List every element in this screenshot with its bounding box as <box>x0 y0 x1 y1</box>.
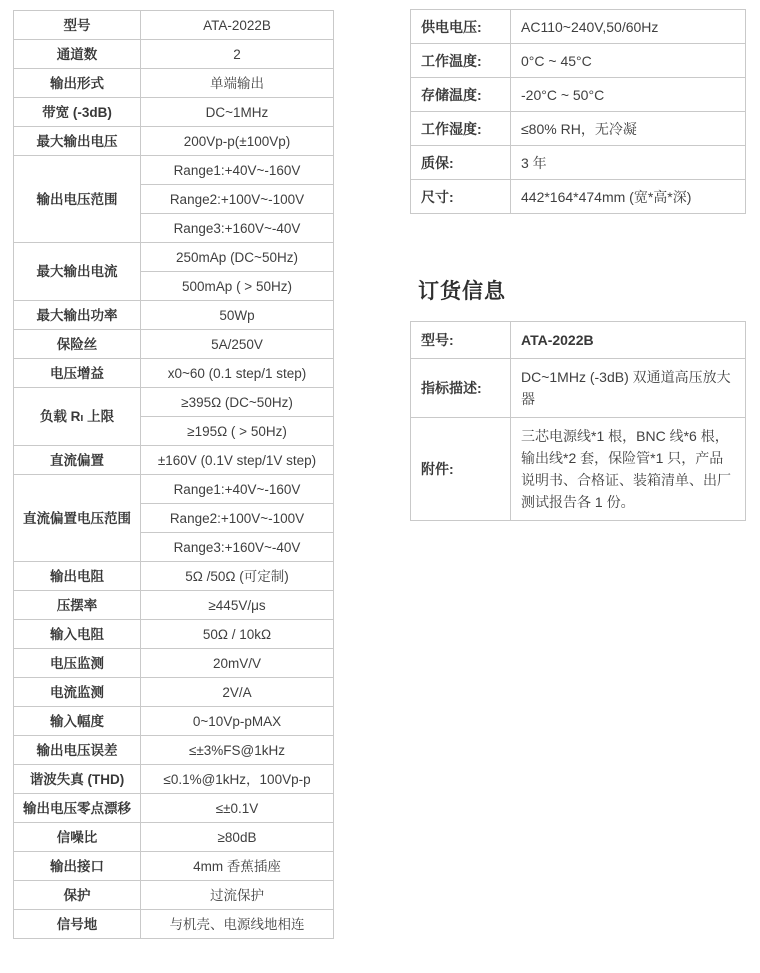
spec-label: 型号 <box>14 11 141 40</box>
spec-label: 负载 Rₗ 上限 <box>14 388 141 446</box>
order-row: 附件:三芯电源线*1 根，BNC 线*6 根，输出线*2 套，保险管*1 只，产… <box>411 418 746 521</box>
env-label: 存储温度: <box>411 78 511 112</box>
env-label: 质保: <box>411 146 511 180</box>
spec-row: 谐波失真 (THD)≤0.1%@1kHz，100Vp-p <box>14 765 334 794</box>
environment-table: 供电电压:AC110~240V,50/60Hz工作温度:0°C ~ 45°C存储… <box>410 9 746 214</box>
spec-value: 50Wp <box>141 301 334 330</box>
spec-label: 信号地 <box>14 910 141 939</box>
spec-label: 输出接口 <box>14 852 141 881</box>
spec-label: 输入电阻 <box>14 620 141 649</box>
spec-value: 0~10Vp-pMAX <box>141 707 334 736</box>
spec-label: 输入幅度 <box>14 707 141 736</box>
spec-row: 型号ATA-2022B <box>14 11 334 40</box>
spec-value: Range1:+40V~-160V <box>141 156 334 185</box>
spec-value: 4mm 香蕉插座 <box>141 852 334 881</box>
specifications-table: 型号ATA-2022B通道数2输出形式单端输出带宽 (-3dB)DC~1MHz最… <box>13 10 334 939</box>
order-row: 型号:ATA-2022B <box>411 322 746 359</box>
spec-value: ≥445V/μs <box>141 591 334 620</box>
spec-label: 保险丝 <box>14 330 141 359</box>
env-value: AC110~240V,50/60Hz <box>511 10 746 44</box>
order-label: 型号: <box>411 322 511 359</box>
spec-label: 直流偏置 <box>14 446 141 475</box>
spec-value: ATA-2022B <box>141 11 334 40</box>
env-label: 工作温度: <box>411 44 511 78</box>
spec-value: Range2:+100V~-100V <box>141 185 334 214</box>
env-row: 工作温度:0°C ~ 45°C <box>411 44 746 78</box>
env-row: 质保:3 年 <box>411 146 746 180</box>
spec-value: ±160V (0.1V step/1V step) <box>141 446 334 475</box>
spec-label: 最大输出电流 <box>14 243 141 301</box>
spec-label: 直流偏置电压范围 <box>14 475 141 562</box>
spec-value: Range1:+40V~-160V <box>141 475 334 504</box>
spec-value: 20mV/V <box>141 649 334 678</box>
spec-value: ≤±3%FS@1kHz <box>141 736 334 765</box>
env-label: 供电电压: <box>411 10 511 44</box>
spec-value: 50Ω / 10kΩ <box>141 620 334 649</box>
spec-row: 输出电压范围Range1:+40V~-160V <box>14 156 334 185</box>
spec-label: 电压监测 <box>14 649 141 678</box>
spec-row: 电压增益x0~60 (0.1 step/1 step) <box>14 359 334 388</box>
spec-value: 与机壳、电源线地相连 <box>141 910 334 939</box>
spec-row: 输出形式单端输出 <box>14 69 334 98</box>
spec-value: Range2:+100V~-100V <box>141 504 334 533</box>
spec-row: 输入幅度0~10Vp-pMAX <box>14 707 334 736</box>
order-label: 附件: <box>411 418 511 521</box>
spec-value: 5Ω /50Ω (可定制) <box>141 562 334 591</box>
spec-label: 谐波失真 (THD) <box>14 765 141 794</box>
spec-row: 输入电阻50Ω / 10kΩ <box>14 620 334 649</box>
spec-row: 输出接口4mm 香蕉插座 <box>14 852 334 881</box>
spec-label: 压摆率 <box>14 591 141 620</box>
spec-label: 带宽 (-3dB) <box>14 98 141 127</box>
env-row: 尺寸:442*164*474mm (宽*高*深) <box>411 180 746 214</box>
spec-row: 保险丝5A/250V <box>14 330 334 359</box>
spec-label: 信噪比 <box>14 823 141 852</box>
order-value: 三芯电源线*1 根，BNC 线*6 根，输出线*2 套，保险管*1 只，产品说明… <box>511 418 746 521</box>
env-value: -20°C ~ 50°C <box>511 78 746 112</box>
spec-value: 200Vp-p(±100Vp) <box>141 127 334 156</box>
spec-page: 型号ATA-2022B通道数2输出形式单端输出带宽 (-3dB)DC~1MHz最… <box>0 0 760 973</box>
spec-value: 单端输出 <box>141 69 334 98</box>
spec-row: 最大输出功率50Wp <box>14 301 334 330</box>
spec-value: Range3:+160V~-40V <box>141 214 334 243</box>
env-row: 存储温度:-20°C ~ 50°C <box>411 78 746 112</box>
spec-label: 输出电压零点漂移 <box>14 794 141 823</box>
spec-value: DC~1MHz <box>141 98 334 127</box>
spec-value: x0~60 (0.1 step/1 step) <box>141 359 334 388</box>
env-label: 尺寸: <box>411 180 511 214</box>
spec-row: 信号地与机壳、电源线地相连 <box>14 910 334 939</box>
spec-row: 电流监测2V/A <box>14 678 334 707</box>
right-column: 供电电压:AC110~240V,50/60Hz工作温度:0°C ~ 45°C存储… <box>410 9 745 521</box>
order-row: 指标描述:DC~1MHz (-3dB) 双通道高压放大器 <box>411 359 746 418</box>
spec-value: Range3:+160V~-40V <box>141 533 334 562</box>
order-info-table: 型号:ATA-2022B指标描述:DC~1MHz (-3dB) 双通道高压放大器… <box>410 321 746 521</box>
env-value: 3 年 <box>511 146 746 180</box>
spec-row: 输出电阻5Ω /50Ω (可定制) <box>14 562 334 591</box>
spec-label: 最大输出电压 <box>14 127 141 156</box>
spec-label: 通道数 <box>14 40 141 69</box>
env-row: 供电电压:AC110~240V,50/60Hz <box>411 10 746 44</box>
spec-value: ≥195Ω ( > 50Hz) <box>141 417 334 446</box>
spec-row: 带宽 (-3dB)DC~1MHz <box>14 98 334 127</box>
spec-row: 输出电压零点漂移≤±0.1V <box>14 794 334 823</box>
env-row: 工作湿度:≤80% RH，无冷凝 <box>411 112 746 146</box>
spec-value: 5A/250V <box>141 330 334 359</box>
env-value: 442*164*474mm (宽*高*深) <box>511 180 746 214</box>
spec-row: 最大输出电流250mAp (DC~50Hz) <box>14 243 334 272</box>
spec-row: 直流偏置电压范围Range1:+40V~-160V <box>14 475 334 504</box>
spec-label: 输出电压误差 <box>14 736 141 765</box>
spec-value: ≥80dB <box>141 823 334 852</box>
spec-value: 过流保护 <box>141 881 334 910</box>
spec-value: 2V/A <box>141 678 334 707</box>
env-value: ≤80% RH，无冷凝 <box>511 112 746 146</box>
spec-value: ≥395Ω (DC~50Hz) <box>141 388 334 417</box>
spec-row: 通道数2 <box>14 40 334 69</box>
spec-label: 输出形式 <box>14 69 141 98</box>
spec-row: 最大输出电压200Vp-p(±100Vp) <box>14 127 334 156</box>
spec-row: 负载 Rₗ 上限≥395Ω (DC~50Hz) <box>14 388 334 417</box>
order-info-heading: 订货信息 <box>418 275 745 305</box>
spec-value: 2 <box>141 40 334 69</box>
spec-row: 压摆率≥445V/μs <box>14 591 334 620</box>
spec-label: 保护 <box>14 881 141 910</box>
spec-value: 250mAp (DC~50Hz) <box>141 243 334 272</box>
spec-value: ≤0.1%@1kHz，100Vp-p <box>141 765 334 794</box>
spec-value: 500mAp ( > 50Hz) <box>141 272 334 301</box>
spec-row: 电压监测20mV/V <box>14 649 334 678</box>
env-label: 工作湿度: <box>411 112 511 146</box>
order-value: ATA-2022B <box>511 322 746 359</box>
spec-row: 保护过流保护 <box>14 881 334 910</box>
order-label: 指标描述: <box>411 359 511 418</box>
env-value: 0°C ~ 45°C <box>511 44 746 78</box>
spec-label: 输出电压范围 <box>14 156 141 243</box>
spec-row: 输出电压误差≤±3%FS@1kHz <box>14 736 334 765</box>
spec-row: 信噪比≥80dB <box>14 823 334 852</box>
order-value: DC~1MHz (-3dB) 双通道高压放大器 <box>511 359 746 418</box>
spec-label: 最大输出功率 <box>14 301 141 330</box>
spec-label: 输出电阻 <box>14 562 141 591</box>
spec-label: 电流监测 <box>14 678 141 707</box>
spec-label: 电压增益 <box>14 359 141 388</box>
spec-row: 直流偏置±160V (0.1V step/1V step) <box>14 446 334 475</box>
spec-value: ≤±0.1V <box>141 794 334 823</box>
